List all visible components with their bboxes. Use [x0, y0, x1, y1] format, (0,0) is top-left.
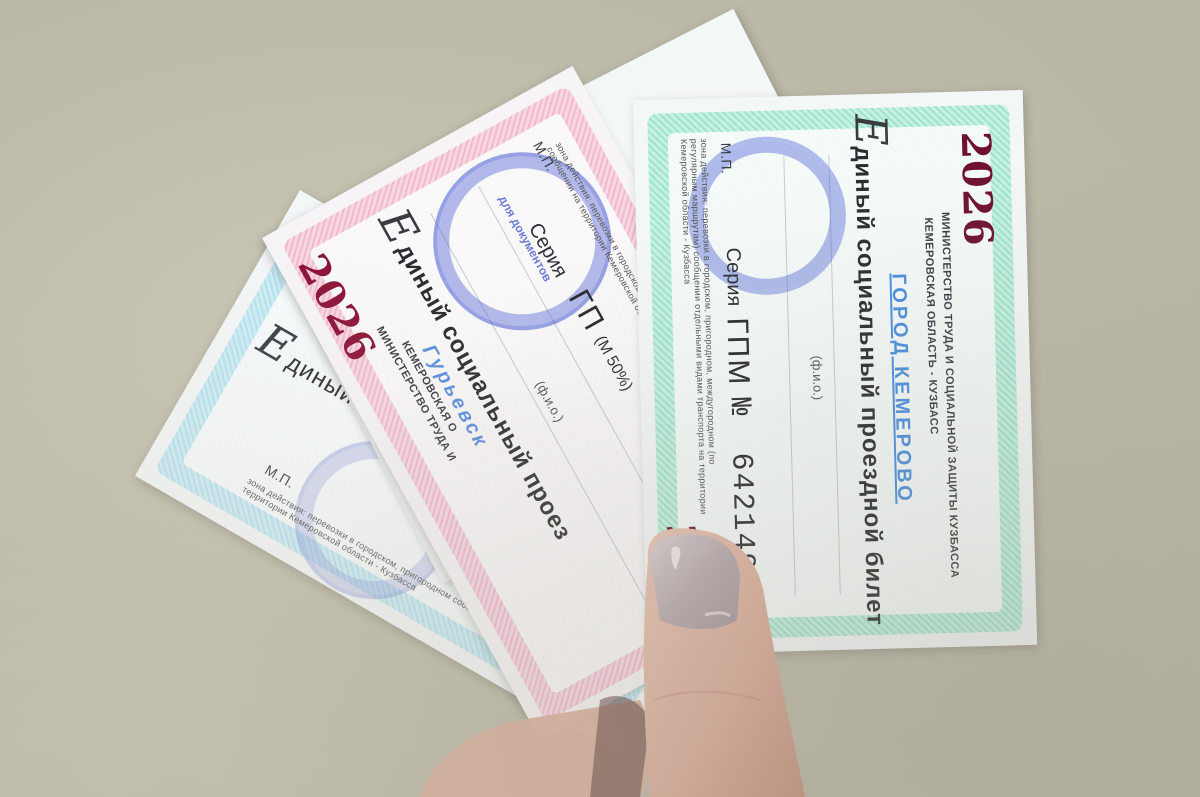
photo-scene: Е диный М.П. зона действия: перевозки в … — [0, 0, 1200, 797]
ticket-number: 642149 — [723, 452, 760, 573]
region-name: КЕМЕРОВСКАЯ ОБЛАСТЬ - КУЗБАСС — [922, 217, 940, 435]
ticket-year-start: 2026 — [952, 131, 1002, 248]
number-label: № — [722, 397, 757, 418]
ticket-green: 2026 2027 МИНИСТЕРСТВО ТРУДА И СОЦИАЛЬНО… — [633, 90, 1037, 655]
ticket-title-script: Е — [844, 113, 896, 146]
city-name: ГОРОД КЕМЕРОВО — [886, 273, 915, 504]
ticket-year-end: 2027 — [657, 523, 707, 640]
ticket-content: 2026 2027 МИНИСТЕРСТВО ТРУДА И СОЦИАЛЬНО… — [633, 90, 1037, 655]
ministry-name: МИНИСТЕРСТВО ТРУДА И СОЦИАЛЬНОЙ ЗАЩИТЫ К… — [939, 212, 961, 578]
series-label: Серия — [721, 247, 746, 306]
mp-label: М.П. — [718, 143, 735, 175]
series-code: ГПМ — [720, 317, 756, 387]
ticket-title: диный социальный проездной билет — [848, 146, 889, 626]
fio-label: (ф.и.о.) — [810, 355, 826, 400]
